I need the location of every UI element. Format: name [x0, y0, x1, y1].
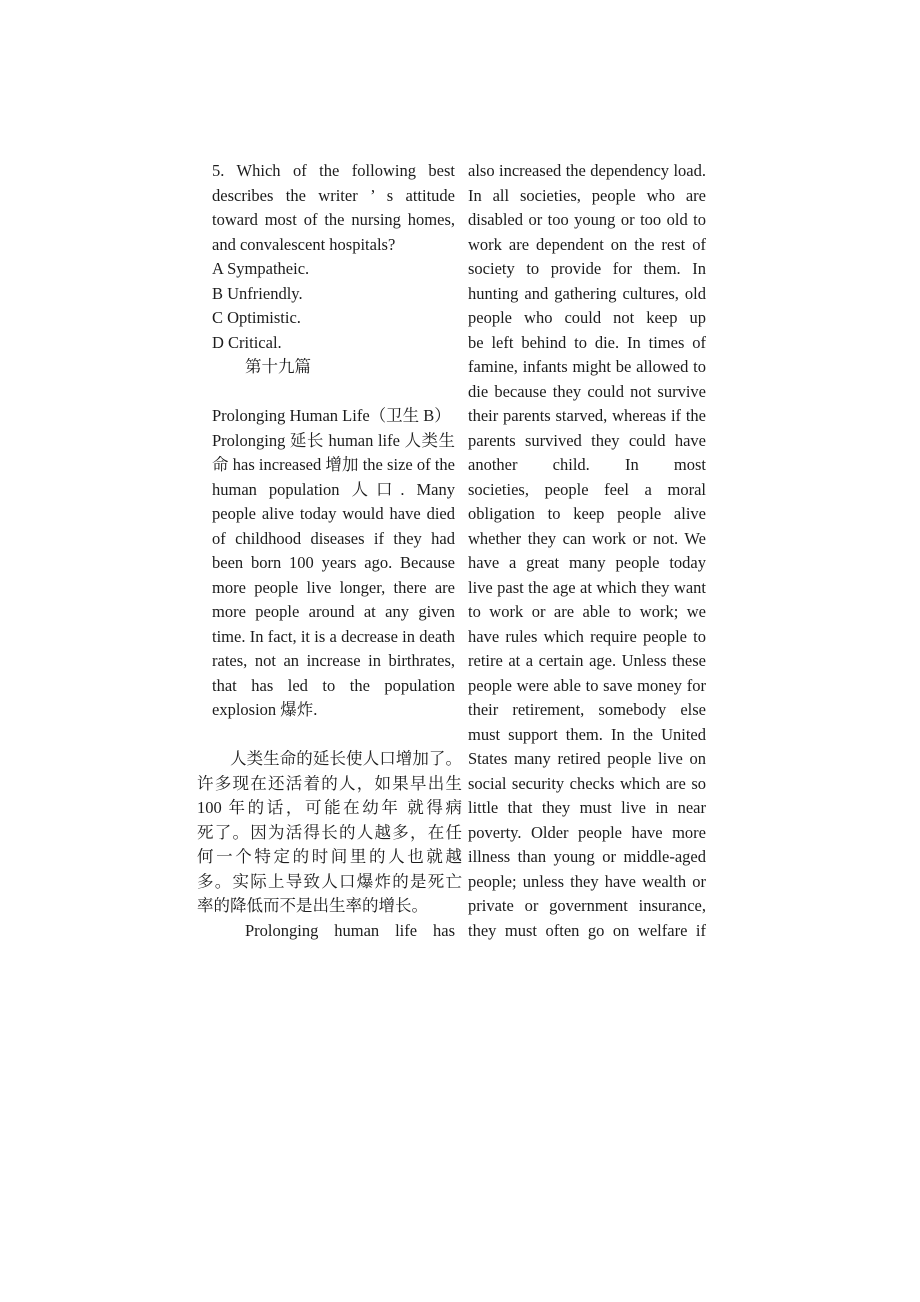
- text-line: 第十九篇: [212, 355, 455, 380]
- text-line: retire at a certain age. Unless these: [468, 649, 706, 674]
- text-line: 命 has increased 增加 the size of the: [212, 453, 455, 478]
- text-line: 何一个特定的时间里的人也就越: [197, 845, 462, 870]
- text-line: time. In fact, it is a decrease in death: [212, 625, 455, 650]
- text-line: live past the age at which they want: [468, 576, 706, 601]
- text-line: been born 100 years ago. Because: [212, 551, 455, 576]
- text-line: 许多现在还活着的人，如果早出生: [197, 772, 462, 797]
- text-line: people alive today would have died: [212, 502, 455, 527]
- text-line: work are dependent on the rest of: [468, 233, 706, 258]
- text-line: society to provide for them. In: [468, 257, 706, 282]
- text-line: 100 年的话，可能在幼年 就得病: [197, 796, 462, 821]
- text-line: 5. Which of the following best: [212, 159, 455, 184]
- text-line: C Optimistic.: [212, 306, 455, 331]
- text-line: that has led to the population: [212, 674, 455, 699]
- text-line: illness than young or middle-aged: [468, 845, 706, 870]
- text-line: must support them. In the United: [468, 723, 706, 748]
- text-line: rates, not an increase in birthrates,: [212, 649, 455, 674]
- text-line: toward most of the nursing homes,: [212, 208, 455, 233]
- text-line: disabled or too young or too old to: [468, 208, 706, 233]
- text-line: they must often go on welfare if: [468, 919, 706, 944]
- text-line: explosion 爆炸.: [212, 698, 455, 723]
- text-line: have a great many people today who: [468, 551, 706, 576]
- text-line: B Unfriendly.: [212, 282, 455, 307]
- text-line: hunting and gathering cultures, old: [468, 282, 706, 307]
- text-line: little that they must live in near: [468, 796, 706, 821]
- text-line: human population 人口. Many: [212, 478, 455, 503]
- text-line: private or government insurance,: [468, 894, 706, 919]
- text-line: also increased the dependency load.: [468, 159, 706, 184]
- text-line: poverty. Older people have more: [468, 821, 706, 846]
- left-text-column: 5. Which of the following bestdescribes …: [197, 159, 462, 943]
- text-line: social security checks which are so: [468, 772, 706, 797]
- text-line: whether they can work or not. We: [468, 527, 706, 552]
- text-line: people; unless they have wealth or: [468, 870, 706, 895]
- text-line: societies, people feel a moral: [468, 478, 706, 503]
- text-line: 率的降低而不是出生率的增长。: [197, 894, 462, 919]
- text-line: more people around at any given: [212, 600, 455, 625]
- text-line: more people live longer, there are: [212, 576, 455, 601]
- text-line: D Critical.: [212, 331, 455, 356]
- text-line: Prolonging human life has: [212, 919, 455, 944]
- right-text-column: also increased the dependency load.In al…: [468, 159, 706, 943]
- text-line: obligation to keep people alive: [468, 502, 706, 527]
- text-line: and convalescent hospitals?: [212, 233, 455, 258]
- text-line: parents survived they could have: [468, 429, 706, 454]
- text-line: another child. In most contemporary: [468, 453, 706, 478]
- text-line: Prolonging Human Life（卫生 B）: [212, 404, 455, 429]
- text-line: A Sympatheic.: [212, 257, 455, 282]
- text-line: have rules which require people to: [468, 625, 706, 650]
- text-line: to work or are able to work; we also: [468, 600, 706, 625]
- text-line: Prolonging 延长 human life 人类生: [212, 429, 455, 454]
- text-line: be left behind to die. In times of: [468, 331, 706, 356]
- text-line: 死了。因为活得长的人越多，在任: [197, 821, 462, 846]
- text-line: [212, 380, 455, 405]
- text-line: die because they could not survive if: [468, 380, 706, 405]
- document-page: 5. Which of the following bestdescribes …: [0, 0, 920, 1302]
- text-line: [212, 723, 455, 748]
- text-line: 多。实际上导致人口爆炸的是死亡: [197, 870, 462, 895]
- text-line: people were able to save money for: [468, 674, 706, 699]
- text-line: famine, infants might be allowed to: [468, 355, 706, 380]
- text-line: of childhood diseases if they had: [212, 527, 455, 552]
- text-line: describes the writer ’ s attitude: [212, 184, 455, 209]
- text-line: 人类生命的延长使人口增加了。: [197, 747, 462, 772]
- text-line: States many retired people live on: [468, 747, 706, 772]
- text-line: their parents starved, whereas if the: [468, 404, 706, 429]
- text-line: people who could not keep up might: [468, 306, 706, 331]
- text-line: In all societies, people who are: [468, 184, 706, 209]
- text-line: their retirement, somebody else: [468, 698, 706, 723]
